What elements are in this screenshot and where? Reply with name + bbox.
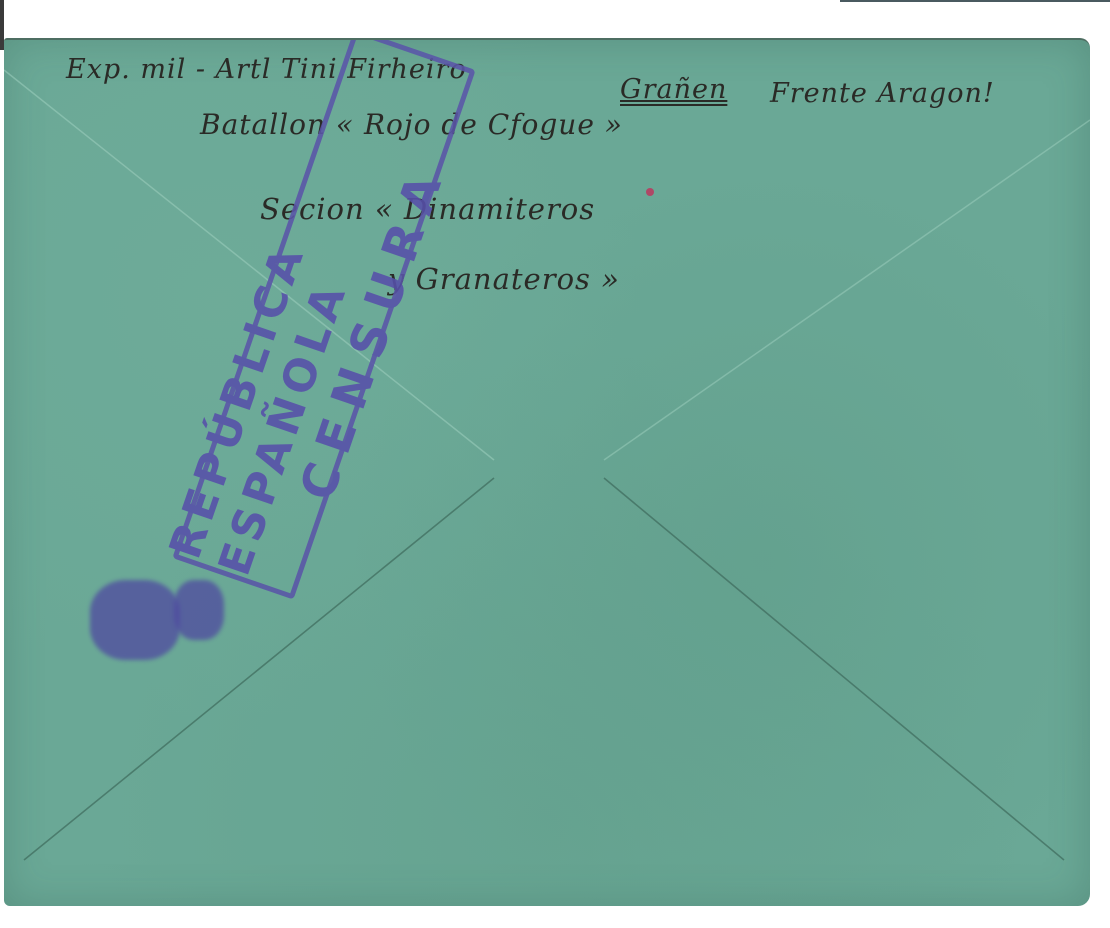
stamp-ink-smudge [90, 580, 180, 660]
address-front: Frente Aragon! [770, 78, 995, 109]
address-town: Grañen [620, 74, 727, 105]
envelope-back: Exp. mil - Artl Tini Firheiro Grañen Fre… [4, 38, 1090, 906]
scan-edge [840, 0, 1110, 2]
stamp-ink-smudge [174, 580, 224, 640]
envelope-flap-folds [4, 40, 1090, 906]
red-ink-dot [646, 188, 654, 196]
